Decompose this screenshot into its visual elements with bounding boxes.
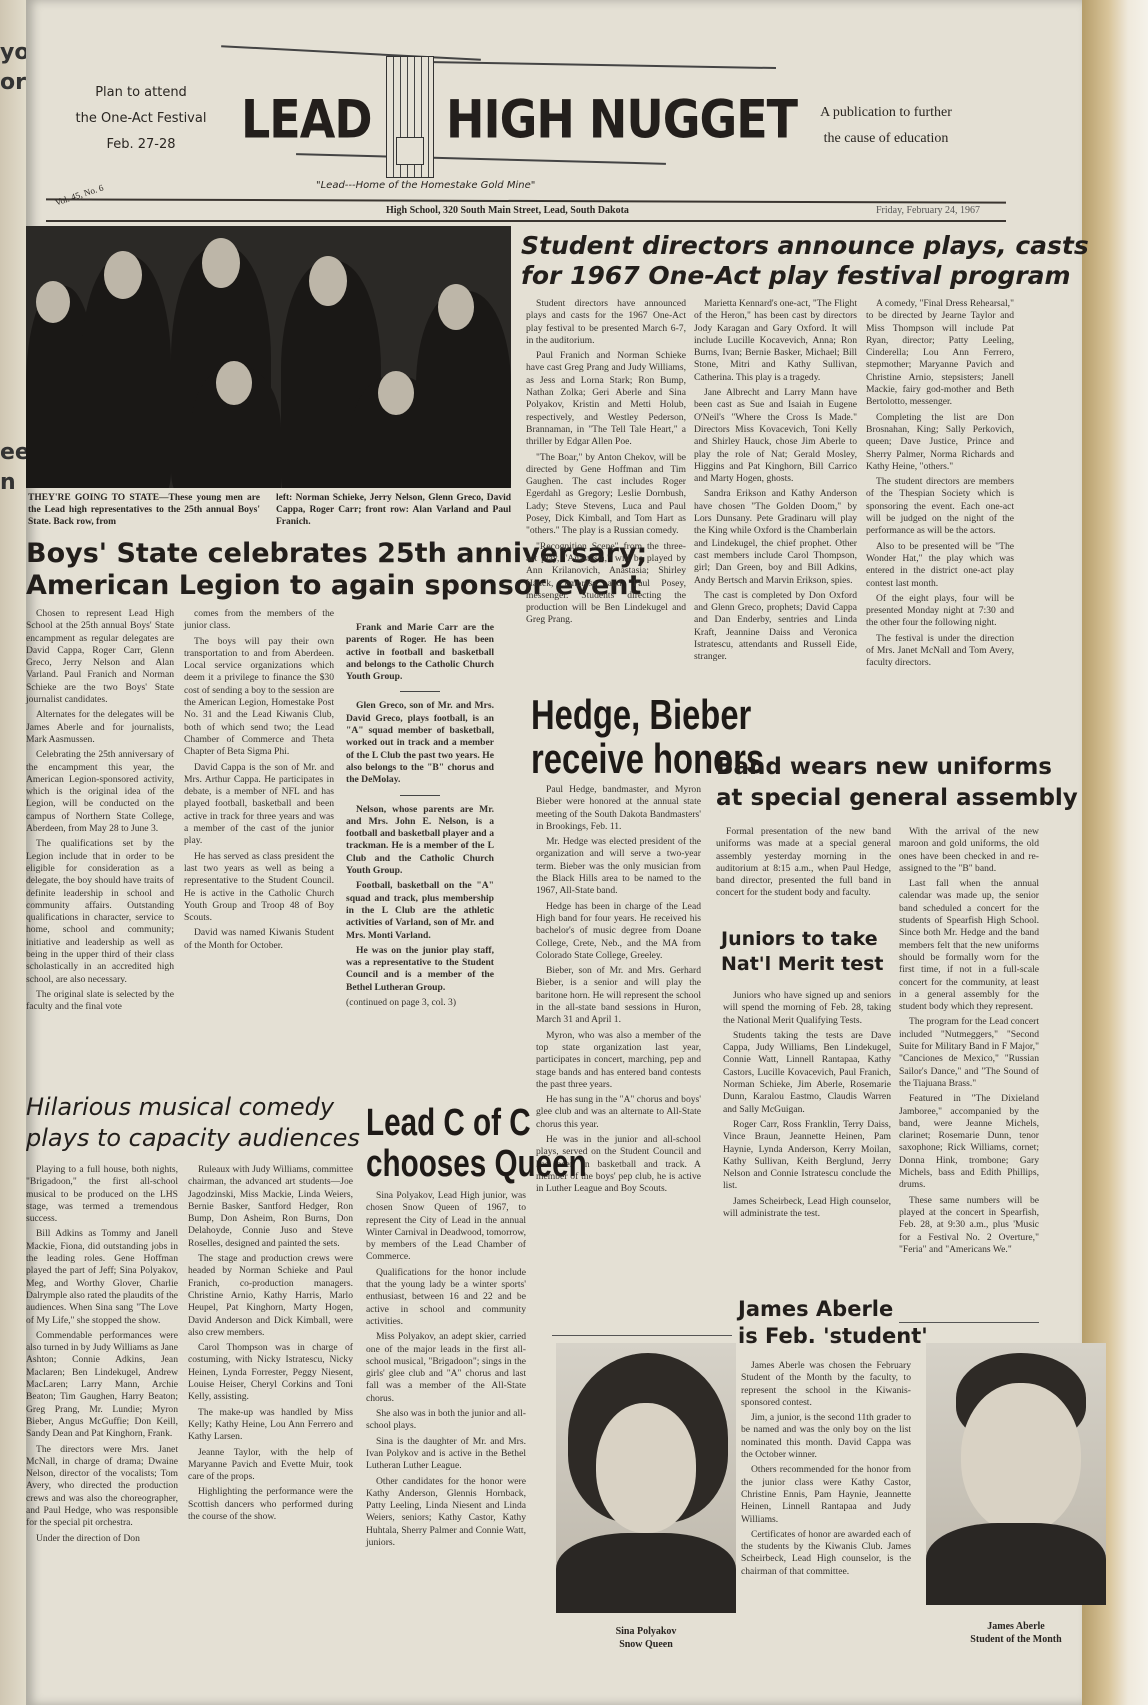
school-address: High School, 320 South Main Street, Lead… — [386, 205, 629, 216]
paragraph: Under the direction of Don — [26, 1533, 178, 1545]
paragraph: The festival is under the direction of M… — [866, 633, 1014, 670]
paragraph: Student directors have announced plays a… — [526, 298, 686, 347]
paragraph: Paul Franich and Norman Schieke have cas… — [526, 350, 686, 448]
article-column: Chosen to represent Lead High School at … — [26, 608, 174, 1017]
tagline-line: A publication to further — [786, 100, 986, 126]
paragraph: Mr. Hedge was elected president of the o… — [536, 836, 701, 897]
paragraph: He has served as class president the las… — [184, 851, 334, 925]
paragraph: He has sung in the "A" chorus and boys' … — [536, 1094, 701, 1131]
paragraph: Chosen to represent Lead High School at … — [26, 608, 174, 706]
paragraph: Others recommended for the honor from th… — [741, 1464, 911, 1525]
adjacent-page-fragment: eeh — [0, 440, 26, 465]
masthead-title-lead: LEAD — [241, 88, 372, 150]
paragraph: James Scheirbeck, Lead High counselor, w… — [723, 1196, 891, 1221]
paragraph: Featured in "The Dixieland Jamboree," ac… — [899, 1093, 1039, 1191]
paragraph: Juniors who have signed up and seniors w… — [723, 990, 891, 1027]
paragraph: A comedy, "Final Dress Rehearsal," to be… — [866, 298, 1014, 409]
paragraph: The cast is completed by Don Oxford and … — [694, 590, 857, 664]
paragraph: Paul Hedge, bandmaster, and Myron Bieber… — [536, 784, 701, 833]
article-column: Marietta Kennard's one-act, "The Flight … — [694, 298, 857, 667]
newspaper-page: Plan to attend the One-Act Festival Feb.… — [26, 0, 1082, 1705]
headline-musical-sub: plays to capacity audiences — [26, 1126, 360, 1152]
paragraph: Certificates of honor are awarded each o… — [741, 1529, 911, 1578]
article-column: James Aberle was chosen the February Stu… — [741, 1360, 911, 1581]
paragraph: Jim, a junior, is the second 11th grader… — [741, 1412, 911, 1461]
article-column: Frank and Marie Carr are the parents of … — [346, 622, 494, 1012]
masthead-rule — [46, 220, 1006, 222]
paragraph: Marietta Kennard's one-act, "The Flight … — [694, 298, 857, 384]
paragraph: The boys will pay their own transportati… — [184, 636, 334, 759]
paragraph: The qualifications set by the Legion inc… — [26, 838, 174, 986]
paragraph: Football, basketball on the "A" squad an… — [346, 880, 494, 941]
headline-one-act: Student directors announce plays, casts — [521, 232, 1089, 259]
paragraph: Jeanne Taylor, with the help of Maryanne… — [188, 1447, 353, 1484]
caption-line: Sina Polyakov — [556, 1625, 736, 1638]
paragraph: Nelson, whose parents are Mr. and Mrs. J… — [346, 804, 494, 878]
promo-line: the One-Act Festival — [66, 106, 216, 132]
paragraph: Roger Carr, Ross Franklin, Terry Daiss, … — [723, 1119, 891, 1193]
masthead-swoosh — [296, 153, 666, 165]
boys-state-group-photo — [26, 226, 511, 488]
paragraph: Hedge has been in charge of the Lead Hig… — [536, 901, 701, 962]
paragraph: James Aberle was chosen the February Stu… — [741, 1360, 911, 1409]
article-column: A comedy, "Final Dress Rehearsal," to be… — [866, 298, 1014, 673]
headline-aberle-sub: is Feb. 'student' — [738, 1325, 928, 1347]
headline-hedge-bieber: Hedge, Bieber — [531, 694, 751, 736]
paragraph: Celebrating the 25th anniversary of the … — [26, 749, 174, 835]
divider — [552, 1335, 732, 1336]
headline-band-sub: at special general assembly — [716, 786, 1078, 810]
issue-date: Friday, February 24, 1967 — [876, 205, 980, 216]
paragraph: Sina is the daughter of Mr. and Mrs. Iva… — [366, 1436, 526, 1473]
article-column: Ruleaux with Judy Williams, committee ch… — [188, 1164, 353, 1526]
article-column: Paul Hedge, bandmaster, and Myron Bieber… — [536, 784, 701, 1199]
promo-line: Plan to attend — [66, 80, 216, 106]
paragraph: Last fall when the annual calendar was m… — [899, 878, 1039, 1013]
article-column: With the arrival of the new maroon and g… — [899, 826, 1039, 1259]
divider — [400, 691, 440, 692]
paragraph: Bill Adkins as Tommy and Janell Mackie, … — [26, 1228, 178, 1326]
headframe-tower-icon — [386, 56, 434, 178]
festival-promo: Plan to attend the One-Act Festival Feb.… — [66, 80, 216, 158]
paragraph: David was named Kiwanis Student of the M… — [184, 927, 334, 952]
caption-line: James Aberle — [926, 1620, 1106, 1633]
masthead-motto: "Lead---Home of the Homestake Gold Mine" — [316, 180, 535, 191]
photo-caption: left: Norman Schieke, Jerry Nelson, Glen… — [276, 492, 511, 528]
paragraph: Jane Albrecht and Larry Mann have been c… — [694, 387, 857, 485]
masthead-swoosh — [221, 45, 481, 61]
paragraph: "The Boar," by Anton Chekov, will be dir… — [526, 452, 686, 538]
paragraph: Sina Polyakov, Lead High junior, was cho… — [366, 1190, 526, 1264]
headline-queen: Lead C of C — [366, 1104, 531, 1142]
article-column: Formal presentation of the new band unif… — [716, 826, 891, 903]
paragraph: Frank and Marie Carr are the parents of … — [346, 622, 494, 683]
door-icon — [396, 137, 424, 165]
headline-one-act-sub: for 1967 One-Act play festival program — [521, 262, 1071, 289]
headline-merit: Juniors to take — [721, 930, 878, 950]
adjacent-page-fragment: orie — [0, 70, 26, 95]
paragraph: The original slate is selected by the fa… — [26, 989, 174, 1014]
paragraph: David Cappa is the son of Mr. and Mrs. A… — [184, 762, 334, 848]
paragraph: Completing the list are Don Brosnahan, K… — [866, 412, 1014, 473]
photo-caption: THEY'RE GOING TO STATE—These young men a… — [28, 492, 260, 528]
paragraph: With the arrival of the new maroon and g… — [899, 826, 1039, 875]
paragraph: Qualifications for the honor include tha… — [366, 1267, 526, 1328]
paragraph: The program for the Lead concert include… — [899, 1016, 1039, 1090]
paragraph: Other candidates for the honor were Kath… — [366, 1476, 526, 1550]
headline-aberle: James Aberle — [738, 1298, 893, 1320]
paragraph: Commendable performances were also turne… — [26, 1330, 178, 1441]
paragraph: "Recognition Scene" from the three-act p… — [526, 541, 686, 627]
paragraph: Highlighting the performance were the Sc… — [188, 1486, 353, 1523]
paragraph: Students taking the tests are Dave Cappa… — [723, 1030, 891, 1116]
headline-band: Band wears new uniforms — [716, 755, 1052, 779]
paragraph: Carol Thompson was in charge of costumin… — [188, 1342, 353, 1403]
masthead-title-nugget: HIGH NUGGET — [446, 88, 797, 150]
caption-line: Snow Queen — [556, 1638, 736, 1651]
continued-note: (continued on page 3, col. 3) — [346, 997, 494, 1009]
promo-line: Feb. 27-28 — [66, 132, 216, 158]
photo-caption: James Aberle Student of the Month — [926, 1620, 1106, 1646]
student-of-month-photo — [926, 1343, 1106, 1605]
divider — [400, 795, 440, 796]
masthead-swoosh — [426, 61, 776, 69]
article-column: Juniors who have signed up and seniors w… — [723, 990, 891, 1223]
paragraph: These same numbers will be played at the… — [899, 1195, 1039, 1256]
masthead-tagline: A publication to further the cause of ed… — [786, 100, 986, 152]
headline-queen-sub: chooses Queen — [366, 1145, 587, 1183]
paragraph: The make-up was handled by Miss Kelly; K… — [188, 1407, 353, 1444]
divider — [899, 1322, 1039, 1323]
paragraph: He was on the junior play staff, was a r… — [346, 945, 494, 994]
adjacent-page-fragment: n — [0, 470, 16, 495]
paragraph: Playing to a full house, both nights, "B… — [26, 1164, 178, 1225]
paragraph: comes from the members of the junior cla… — [184, 608, 334, 633]
paragraph: Glen Greco, son of Mr. and Mrs. David Gr… — [346, 700, 494, 786]
photo-caption: Sina Polyakov Snow Queen — [556, 1625, 736, 1651]
paragraph: Formal presentation of the new band unif… — [716, 826, 891, 900]
paragraph: Miss Polyakov, an adept skier, carried o… — [366, 1331, 526, 1405]
paragraph: Sandra Erikson and Kathy Anderson have c… — [694, 488, 857, 586]
paragraph: The stage and production crews were head… — [188, 1253, 353, 1339]
headline-merit-sub: Nat'l Merit test — [721, 955, 883, 975]
article-column: comes from the members of the junior cla… — [184, 608, 334, 955]
tagline-line: the cause of education — [786, 126, 986, 152]
masthead-rule — [46, 198, 1006, 203]
article-column: Playing to a full house, both nights, "B… — [26, 1164, 178, 1548]
paragraph: Myron, who was also a member of the top … — [536, 1030, 701, 1091]
paragraph: The student directors are members of the… — [866, 476, 1014, 537]
paragraph: Of the eight plays, four will be present… — [866, 593, 1014, 630]
paragraph: Alternates for the delegates will be Jam… — [26, 709, 174, 746]
paragraph: She also was in both the junior and all-… — [366, 1408, 526, 1433]
volume-number: Vol. 45, No. 6 — [54, 182, 105, 207]
paragraph: Ruleaux with Judy Williams, committee ch… — [188, 1164, 353, 1250]
article-column: Sina Polyakov, Lead High junior, was cho… — [366, 1190, 526, 1552]
paragraph: The directors were Mrs. Janet McNall, in… — [26, 1444, 178, 1530]
headline-musical: Hilarious musical comedy — [26, 1095, 334, 1121]
article-column: Student directors have announced plays a… — [526, 298, 686, 630]
paragraph: Bieber, son of Mr. and Mrs. Gerhard Bieb… — [536, 965, 701, 1026]
adjacent-page-fragment: yone — [0, 40, 26, 65]
caption-line: Student of the Month — [926, 1633, 1106, 1646]
paragraph: Also to be presented will be "The Wonder… — [866, 541, 1014, 590]
adjacent-page-edge: yone orie eeh n — [0, 0, 26, 1705]
snow-queen-photo — [556, 1343, 736, 1613]
